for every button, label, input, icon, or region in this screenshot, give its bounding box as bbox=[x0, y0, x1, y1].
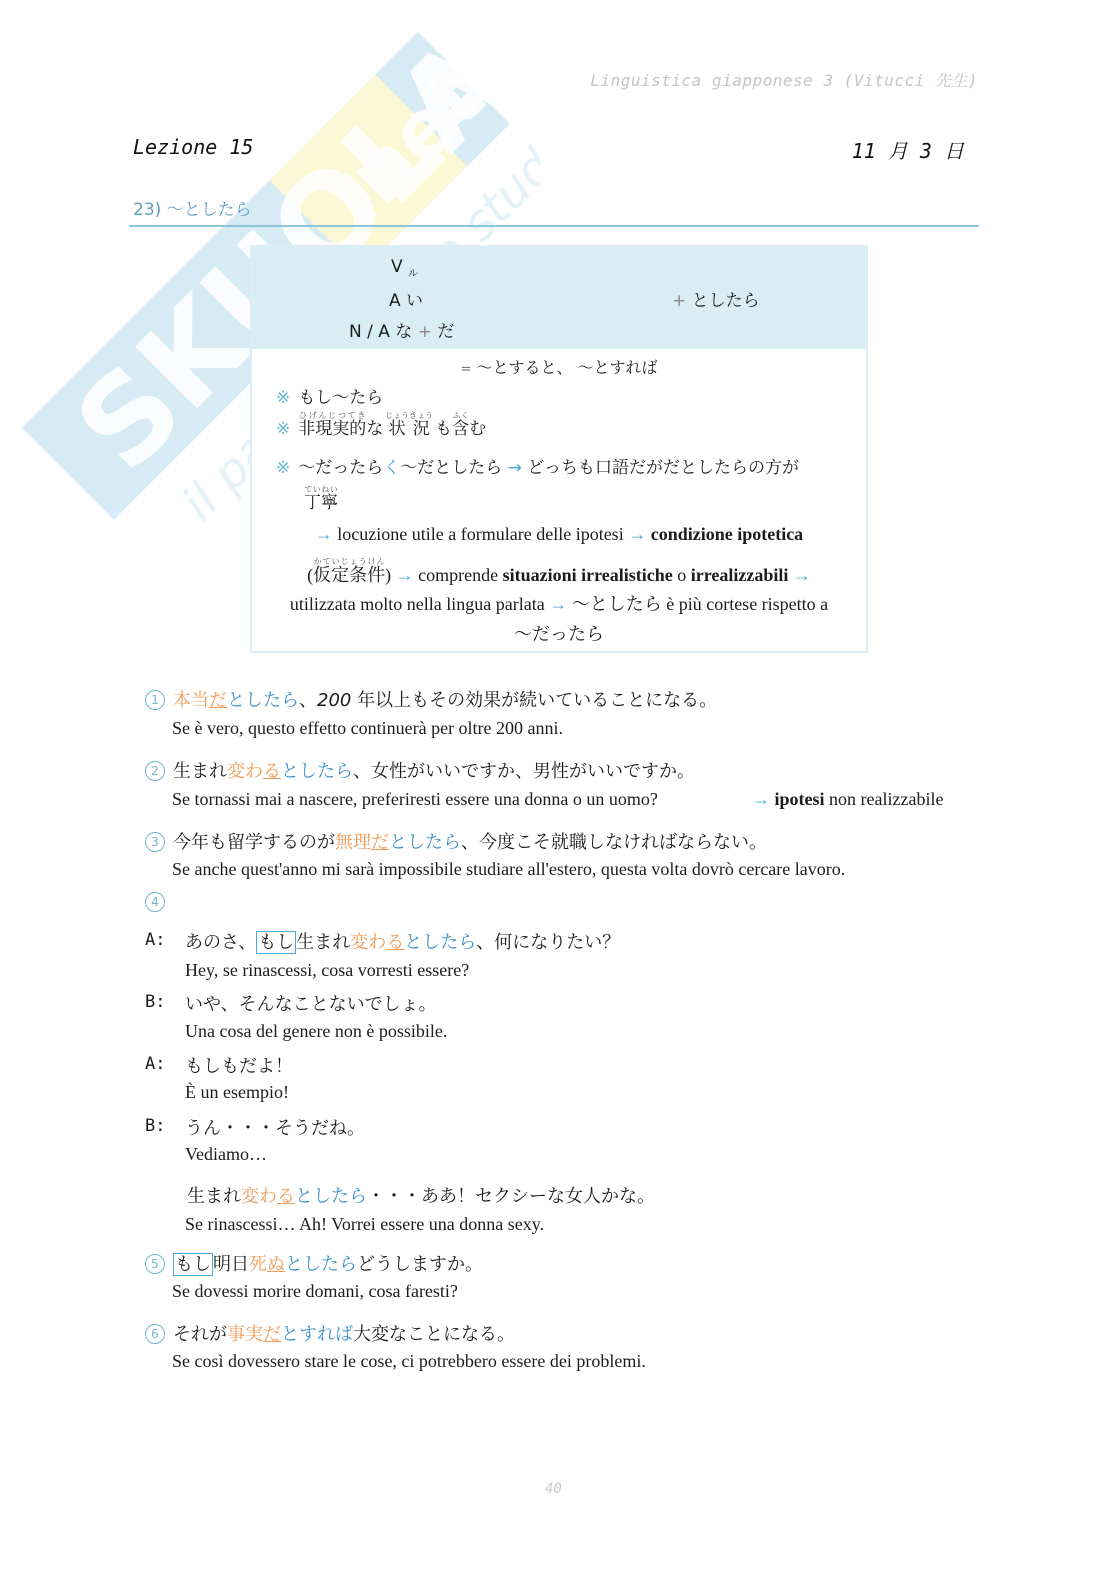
reference-mark-icon: ※ bbox=[276, 458, 290, 478]
dialogue-line-5-text: 生まれ変わるとしたら・・・ああ！セクシーな女人かな。 bbox=[187, 1182, 655, 1208]
example-number: 1 bbox=[145, 690, 165, 710]
example-1: 1本当だとしたら、200 年以上もその効果が続いていることになる。 bbox=[145, 686, 717, 712]
explanation-line-1: → locuzione utile a formulare delle ipot… bbox=[252, 519, 866, 549]
section-title: 23) 〜としたら bbox=[133, 195, 252, 220]
example-3: 3今年も留学するのが無理だとしたら、今度こそ就職しなければならない。 bbox=[145, 828, 767, 854]
example-3-translation: Se anche quest'anno mi sarà impossibile … bbox=[172, 859, 845, 880]
form-verb: V ル bbox=[391, 257, 418, 279]
note-politeness: ※〜だったらく〜だとしたら → どっちも口語だがだとしたらの方が bbox=[276, 453, 799, 478]
dialogue-line-3-text: もしもだよ！ bbox=[185, 1052, 293, 1078]
example-5: 5もし明日死ぬとしたらどうしますか。 bbox=[145, 1250, 483, 1276]
example-5-translation: Se dovessi morire domani, cosa faresti? bbox=[172, 1281, 458, 1302]
example-number: 6 bbox=[145, 1324, 165, 1344]
section-divider bbox=[129, 225, 979, 227]
lesson-date: 11 月 3 日 bbox=[852, 135, 964, 164]
example-number: 4 bbox=[145, 892, 165, 912]
example-2-note: → ipotesi non realizzabile bbox=[752, 789, 943, 810]
dialogue-line-1-translation: Hey, se rinascessi, cosa vorresti essere… bbox=[185, 960, 469, 981]
grammar-formula: V ル A い N / A な + だ + としたら bbox=[252, 247, 866, 349]
example-1-translation: Se è vero, questo effetto continuerà per… bbox=[172, 718, 563, 739]
reference-mark-icon: ※ bbox=[276, 419, 290, 439]
dialogue-line-4: B: bbox=[145, 1116, 165, 1136]
example-number: 3 bbox=[145, 832, 165, 852]
page-number: 40 bbox=[545, 1481, 562, 1497]
lesson-title: Lezione 15 bbox=[133, 135, 253, 159]
dialogue-line-2: B: bbox=[145, 992, 165, 1012]
dialogue-line-5-translation: Se rinascessi… Ah! Vorrei essere una don… bbox=[185, 1214, 544, 1235]
example-2-translation: Se tornassi mai a nascere, preferiresti … bbox=[172, 789, 658, 810]
running-head: Linguistica giapponese 3 (Vitucci 先生) bbox=[590, 68, 978, 91]
dialogue-line-2-text: いや、そんなことないでしょ。 bbox=[185, 990, 437, 1016]
note-politeness-cont: 丁寧ていねい bbox=[304, 485, 338, 513]
dialogue-line-3: A: bbox=[145, 1054, 165, 1074]
arrow-icon: → bbox=[508, 458, 522, 478]
example-6: 6それが事実だとすれば大変なことになる。 bbox=[145, 1320, 515, 1346]
reference-mark-icon: ※ bbox=[276, 388, 290, 408]
example-4: 4 bbox=[145, 892, 173, 913]
example-6-translation: Se così dovessero stare le cose, ci potr… bbox=[172, 1351, 646, 1372]
note-unrealistic: ※非現実的ひげんじつてきな 状況じょうきょう も含ふくむ bbox=[276, 411, 486, 439]
explanation-line-4: 〜だったら bbox=[252, 619, 866, 650]
speaker-label: A: bbox=[145, 930, 165, 950]
dialogue-line-4-text: うん・・・そうだね。 bbox=[185, 1114, 365, 1140]
dialogue-line-1-text: あのさ、もし生まれ変わるとしたら、何になりたい？ bbox=[185, 928, 620, 954]
dialogue-line-3-translation: È un esempio! bbox=[185, 1082, 289, 1103]
explanation-line-2: (仮定条件かていじょうけん) → comprende situazioni ir… bbox=[252, 557, 866, 591]
example-2: 2生まれ変わるとしたら、女性がいいですか、男性がいいですか。 bbox=[145, 757, 695, 783]
dialogue-line-1: A: bbox=[145, 930, 165, 950]
form-noun-na-adjective: N / A な + だ bbox=[349, 317, 454, 342]
equivalent-forms: = 〜とすると、 〜とすれば bbox=[252, 355, 866, 378]
example-number: 2 bbox=[145, 761, 165, 781]
dialogue-line-4-translation: Vediamo… bbox=[185, 1144, 267, 1165]
arrow-icon: → bbox=[752, 789, 770, 809]
note-moshi: ※もし〜たら bbox=[276, 383, 383, 408]
grammar-box: V ル A い N / A な + だ + としたら = 〜とすると、 〜とすれ… bbox=[250, 245, 868, 653]
form-suffix: + としたら bbox=[672, 286, 760, 311]
section-name: 〜としたら bbox=[167, 200, 252, 220]
svg-text:.net: .net bbox=[309, 50, 502, 243]
section-number: 23) bbox=[133, 200, 161, 220]
form-i-adjective: A い bbox=[389, 286, 423, 311]
arrow-icon: → bbox=[315, 524, 333, 544]
explanation-line-3: utilizzata molto nella lingua parlata → … bbox=[252, 589, 866, 620]
dialogue-line-2-translation: Una cosa del genere non è possibile. bbox=[185, 1021, 447, 1042]
example-number: 5 bbox=[145, 1254, 165, 1274]
